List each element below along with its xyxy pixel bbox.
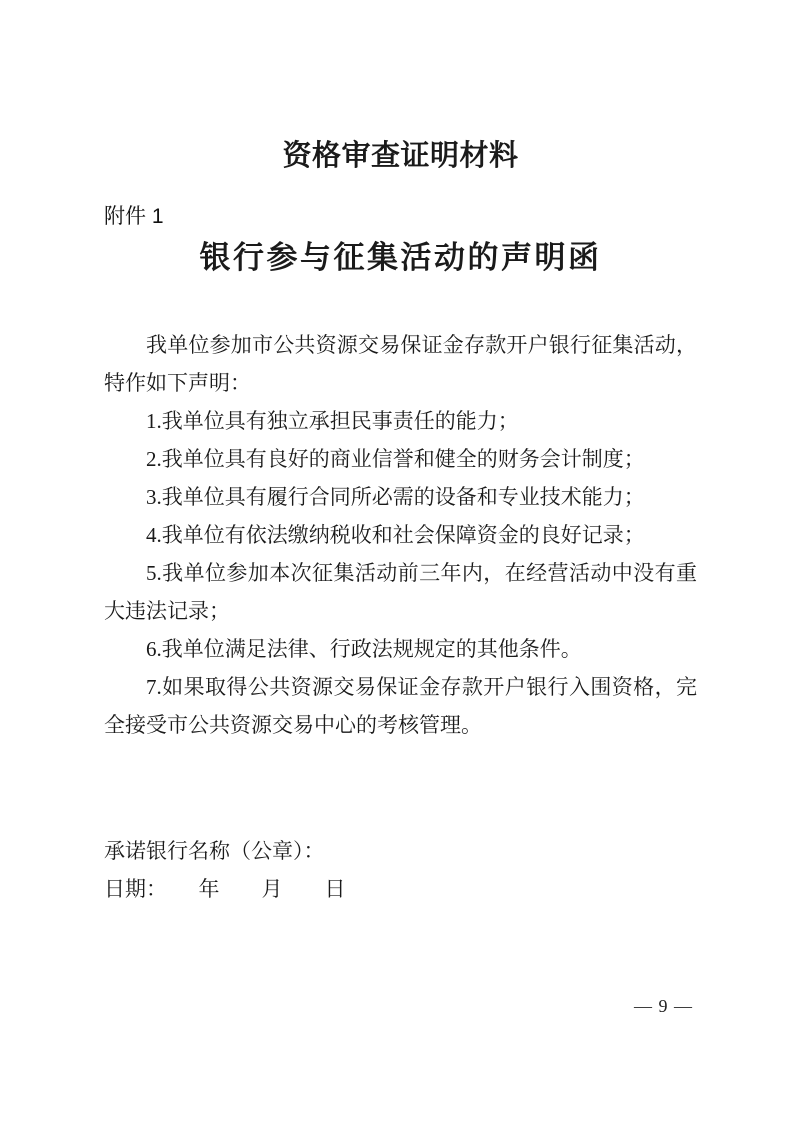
declaration-item-4: 4.我单位有依法缴纳税收和社会保障资金的良好记录；: [104, 516, 697, 554]
body-paragraphs: 我单位参加市公共资源交易保证金存款开户银行征集活动，特作如下声明： 1.我单位具…: [104, 326, 697, 744]
intro-paragraph: 我单位参加市公共资源交易保证金存款开户银行征集活动，特作如下声明：: [104, 326, 697, 402]
declaration-item-5: 5.我单位参加本次征集活动前三年内，在经营活动中没有重大违法记录；: [104, 554, 697, 630]
declaration-item-3: 3.我单位具有履行合同所必需的设备和专业技术能力；: [104, 478, 697, 516]
attachment-label: 附件 1: [104, 204, 697, 230]
declaration-item-6: 6.我单位满足法律、行政法规规定的其他条件。: [104, 630, 697, 668]
page-number: — 9 —: [634, 995, 693, 1017]
bank-name-label: 承诺银行名称（公章）：: [104, 832, 697, 870]
document-subtitle: 银行参与征集活动的声明函: [104, 238, 697, 278]
document-title: 资格审查证明材料: [104, 138, 697, 174]
signature-block: 承诺银行名称（公章）： 日期： 年 月 日: [104, 832, 697, 908]
date-line: 日期： 年 月 日: [104, 870, 697, 908]
document-page: 资格审查证明材料 附件 1 银行参与征集活动的声明函 我单位参加市公共资源交易保…: [0, 0, 793, 1130]
declaration-item-1: 1.我单位具有独立承担民事责任的能力；: [104, 402, 697, 440]
declaration-item-2: 2.我单位具有良好的商业信誉和健全的财务会计制度；: [104, 440, 697, 478]
declaration-item-7: 7.如果取得公共资源交易保证金存款开户银行入围资格，完全接受市公共资源交易中心的…: [104, 668, 697, 744]
